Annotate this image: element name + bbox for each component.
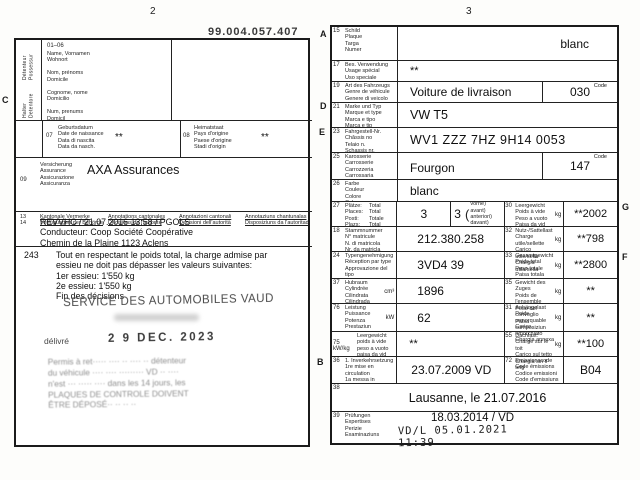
matricule-value: 212.380.258	[417, 232, 484, 246]
row-21-make-type: 21Marke und Typ Marque et type Marca e t…	[332, 102, 617, 127]
total-weight-value: **2800	[574, 259, 607, 271]
field-72-labels: Emissionscode Code émissions Codice emis…	[515, 358, 558, 383]
front-bracket: (	[465, 207, 469, 222]
body-value: Fourgon	[410, 161, 455, 175]
field-33-number: 33	[505, 252, 515, 278]
row-07-08: 07 Geburtsdatum Date de naissance Data d…	[42, 120, 312, 157]
field-76-unit: kW	[386, 315, 397, 321]
insurance-value: AXA Assurances	[87, 163, 179, 177]
field-15-number: 15	[333, 28, 345, 60]
field-01-06-cell: 01–06 Name, Vornamen Wohnort Nom, prénom…	[42, 40, 172, 120]
row-76-power: 76Leistung Puissance Potenza Prestaziunk…	[332, 303, 617, 331]
body-code: 147	[570, 159, 590, 173]
form-number: 99.004.057.407	[208, 27, 298, 38]
field-21-labels: Marke und Typ Marque et type Marca e tip…	[345, 104, 397, 127]
code-label: Code	[594, 83, 607, 89]
field-17-labels: Bes. Verwendung Usage spécial Uso specia…	[345, 62, 397, 81]
row-15-plate: 15Schild Plaque Targa Numer blanc	[332, 27, 617, 60]
field-30-labels: Leergewicht Poids à vide Peso a vuoto Pa…	[515, 203, 547, 226]
right-panel: 15Schild Plaque Targa Numer blanc 17Bes.…	[330, 25, 619, 445]
field-39-labels: Prüfungen Expertises Perizie Examinaziun…	[345, 413, 398, 447]
seats-front-value: 3	[454, 207, 461, 221]
unladen-weight-value: **2002	[574, 208, 607, 220]
inspection-date-1: 18.03.2014 / VD	[431, 412, 514, 424]
inspections-cell: 18.03.2014 / VD VD/L 05.01.2021 11:39	[398, 412, 617, 447]
field-72-number: 72	[505, 357, 515, 383]
row-17-special-use: 17Bes. Verwendung Usage spécial Uso spec…	[332, 60, 617, 81]
field-18-number: 18	[333, 228, 345, 251]
power-weight-value: **	[409, 338, 418, 350]
field-17-number: 17	[333, 62, 345, 81]
row-18-matricule: 18Stammnummer N° matricule N. di matrico…	[332, 226, 617, 251]
holder-vertical-label-top: Détenteur Possessur	[22, 42, 35, 80]
row-75-power-weight: 75 kW/kgLeergewicht poids à vide peso a …	[332, 331, 617, 356]
chassis-number-value: WV1 ZZZ 7HZ 9H14 0053	[410, 133, 566, 147]
form-number-clipped: 99.004.057.407	[208, 27, 318, 38]
vehicle-kind-code: 030	[570, 85, 590, 99]
field-19-labels: Art des Fahrzeugs Genre de véhicule Gene…	[345, 83, 397, 102]
field-55-unit: kg	[555, 342, 563, 348]
annotation-header-text: REVVHC / 21.07.2016 13:58 / PGOLS Conduc…	[40, 217, 193, 248]
field-30-number: 30	[505, 202, 515, 226]
field-35-number: 35	[505, 279, 515, 303]
field-31-unit: kg	[555, 315, 563, 321]
row-25-body: 25Karosserie Carrosserie Carrozzeria Car…	[332, 152, 617, 179]
field-76-labels: Leistung Puissance Potenza Prestaziun	[345, 305, 375, 331]
type-approval-value: 3VD4 39	[417, 258, 464, 272]
vehicle-kind-value: Voiture de livraison	[410, 85, 511, 99]
field-32-unit: kg	[555, 237, 563, 243]
field-55-number: 55	[505, 332, 515, 356]
holder-vertical-column: Détenteur Possessur Halter Detentore	[16, 40, 42, 120]
field-75-labels: Leergewicht poids à vide peso a vuoto pa…	[357, 333, 396, 356]
field-15-labels: Schild Plaque Targa Numer	[345, 28, 397, 60]
field-32-labels: Nutz-/Sattellast Charge utile/sellette C…	[515, 228, 555, 251]
field-30-unit: kg	[555, 212, 563, 218]
field-35-unit: kg	[555, 289, 563, 295]
margin-letter-c: C	[2, 95, 9, 105]
field-31-number: 31	[505, 304, 515, 331]
field-37-labels: Hubraum Cylindrée Cilindrata Cilindrada	[345, 280, 375, 303]
field-01-06-range: 01–06	[47, 43, 171, 49]
field-01-06-labels: Name, Vornamen Wohnort Nom, prénoms Domi…	[47, 51, 171, 122]
field-08-value: **	[261, 132, 269, 143]
field-35-labels: Gewicht des Zuges Poids de l'ensemble Pe…	[515, 280, 555, 303]
field-07-cell: 07 Geburtsdatum Date de naissance Data d…	[43, 120, 181, 157]
field-08-number: 08	[183, 133, 190, 139]
right-page-number: 3	[466, 6, 472, 17]
plate-value: blanc	[560, 37, 589, 51]
stamp-fine-print: Permis à ret····· ···· ·· ···· ·· détent…	[48, 355, 189, 411]
left-page-number: 2	[150, 6, 156, 17]
field-33-unit: kg	[555, 263, 563, 269]
field-37-number: 37	[333, 280, 345, 303]
special-use-value: **	[410, 65, 419, 77]
row-24-type-approval: 24Typengenehmigung Réception par type Ap…	[332, 251, 617, 278]
row-39-inspections: 39Prüfungen Expertises Perizie Examinazi…	[332, 411, 617, 447]
field-25-labels: Karosserie Carrosserie Carrozzeria Carro…	[345, 154, 397, 179]
margin-letter-f: F	[622, 252, 628, 262]
date-stamp: 2 9 DEC. 2023	[108, 331, 216, 345]
roof-load-value: **100	[577, 338, 604, 350]
field-07-number: 07	[46, 133, 53, 139]
field-08-labels: Heimatstaat Pays d'origine Paese d'origi…	[194, 125, 232, 151]
field-19-number: 19	[333, 83, 345, 102]
field-32-number: 32	[505, 227, 515, 251]
field-33-labels: Gesamtgewicht Poids total Peso totale Pa…	[515, 253, 553, 278]
inspection-date-2: VD/L 05.01.2021 11:39	[398, 422, 547, 449]
decision-number: 243	[24, 250, 39, 260]
displacement-value: 1896	[417, 284, 444, 298]
field-23-labels: Fahrgestell-Nr. Châssis no Telaio n. Sch…	[345, 129, 397, 152]
field-07-value: **	[115, 132, 123, 143]
row-27-seats: 27 Plätze: Places: Posti: Plazs: Total T…	[332, 201, 617, 226]
field-38-number: 38	[333, 385, 345, 411]
stamp-illegible-line	[114, 314, 199, 321]
code-label: Code	[594, 154, 607, 160]
holder-vertical-label-bottom: Halter Detentore	[22, 84, 35, 118]
first-registration-value: 23.07.2009 VD	[411, 363, 491, 377]
trailer-load-value: **	[586, 312, 595, 324]
field-24-labels: Typengenehmigung Réception par type Appr…	[345, 253, 396, 278]
emission-code-value: B04	[580, 363, 601, 377]
field-13-14-numbers: 13 14	[20, 214, 26, 227]
margin-letter-e: E	[319, 127, 325, 137]
field-21-number: 21	[333, 104, 345, 127]
field-36-labels: 1. Inverkehrsetzung 1re mise en circulat…	[345, 358, 396, 383]
row-38-place-date: 38 Lausanne, le 21.07.2016	[332, 383, 617, 411]
payload-value: **798	[577, 233, 604, 245]
delivered-label: délivré	[44, 336, 69, 346]
field-26-labels: Farbe Couleur Colore Colur	[345, 181, 397, 201]
seats-names: Plätze: Places: Posti: Plazs:	[345, 203, 369, 226]
colour-value: blanc	[410, 184, 439, 198]
make-type-value: VW T5	[410, 108, 448, 122]
field-36-number: 36	[333, 358, 345, 383]
row-26-colour: 26Farbe Couleur Colore Colur blanc	[332, 179, 617, 201]
field-55-labels: Dachlast: Charge sur le toit Carico sul …	[515, 333, 555, 356]
field-09-labels: Versicherung Assurance Assicurazione Ass…	[40, 162, 74, 188]
field-26-number: 26	[333, 181, 345, 201]
field-76-number: 76	[333, 305, 345, 331]
field-37-unit: cm³	[384, 289, 396, 295]
row-09: 09 Versicherung Assurance Assicurazione …	[16, 157, 312, 211]
row-23-chassis: 23Fahrgestell-Nr. Châssis no Telaio n. S…	[332, 127, 617, 152]
power-value: 62	[417, 311, 430, 325]
field-18-labels: Stammnummer N° matricule N. di matricola…	[345, 228, 396, 251]
seats-front-cell: 3 ( vorne) avant) anteriori) davant)	[451, 202, 504, 226]
place-date-value: Lausanne, le 21.07.2016	[409, 391, 547, 405]
seats-total-value: 3	[420, 207, 427, 221]
field-08-cell: 08 Heimatstaat Pays d'origine Paese d'or…	[181, 120, 312, 157]
field-07-labels: Geburtsdatum Date de naissance Data di n…	[58, 125, 104, 151]
margin-letter-d: D	[320, 101, 327, 111]
field-75-number: 75 kW/kg	[333, 333, 357, 356]
left-panel: Détenteur Possessur Halter Detentore 01–…	[14, 38, 310, 447]
seats-total-labels: Total Total Totale Total	[369, 203, 384, 226]
field-25-number: 25	[333, 154, 345, 179]
field-31-labels: Anhängelast Poids remorquable Carico rim…	[515, 305, 555, 331]
field-27-number: 27	[333, 203, 345, 226]
seats-front-labels: vorne) avant) anteriori) davant)	[470, 201, 492, 227]
margin-letter-g: G	[622, 202, 629, 212]
row-19-vehicle-kind: 19Art des Fahrzeugs Genre de véhicule Ge…	[332, 81, 617, 102]
field-24-number: 24	[333, 253, 345, 278]
margin-letter-a: A	[320, 29, 327, 39]
margin-letter-b: B	[317, 357, 324, 367]
row-37-displacement: 37Hubraum Cylindrée Cilindrata Cilindrad…	[332, 278, 617, 303]
field-23-number: 23	[333, 129, 345, 152]
field-09-number: 09	[20, 177, 27, 183]
train-weight-value: **	[586, 285, 595, 297]
row-36-first-registration: 361. Inverkehrsetzung 1re mise en circul…	[332, 356, 617, 383]
field-39-number: 39	[333, 413, 345, 447]
cantonal-remarks-label-rm: Annotaziuns chantunalas Disposiziuns da …	[245, 214, 309, 227]
divider	[16, 246, 312, 247]
